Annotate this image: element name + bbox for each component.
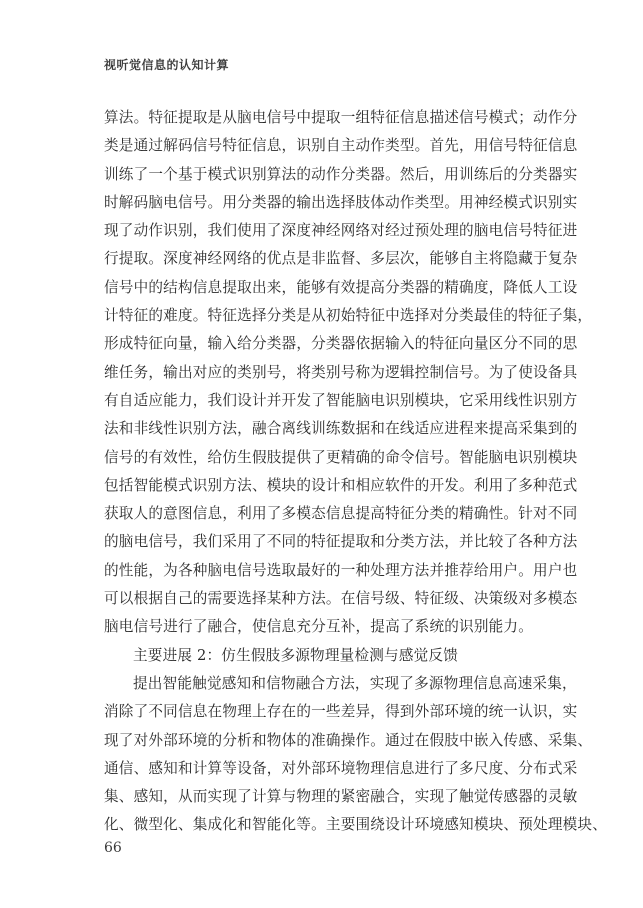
text-line: 化、微型化、集成化和智能化等。主要围绕设计环境感知模块、预处理模块、 — [104, 811, 558, 839]
text-line: 提出智能触觉感知和信物融合方法，实现了多源物理信息高速采集， — [104, 670, 558, 698]
text-line: 法和非线性识别方法，融合离线训练数据和在线适应进程来提高采集到的 — [104, 415, 558, 443]
text-line: 脑电信号进行了融合，使信息充分互补，提高了系统的识别能力。 — [104, 613, 558, 641]
text-line: 可以根据自己的需要选择某种方法。在信号级、特征级、决策级对多模态 — [104, 585, 558, 613]
text-line: 消除了不同信息在物理上存在的一些差异，得到外部环境的统一认识，实 — [104, 698, 558, 726]
page-body: 算法。特征提取是从脑电信号中提取一组特征信息描述信号模式；动作分 类是通过解码信… — [104, 104, 558, 840]
text-line: 包括智能模式识别方法、模块的设计和相应软件的开发。利用了多种范式 — [104, 472, 558, 500]
text-line: 现了动作识别，我们使用了深度神经网络对经过预处理的脑电信号特征进 — [104, 217, 558, 245]
text-line: 行提取。深度神经网络的优点是非监督、多层次，能够自主将隐藏于复杂 — [104, 245, 558, 273]
running-header: 视听觉信息的认知计算 — [104, 56, 229, 73]
text-line: 维任务，输出对应的类别号，将类别号称为逻辑控制信号。为了使设备具 — [104, 359, 558, 387]
text-line: 类是通过解码信号特征信息，识别自主动作类型。首先，用信号特征信息 — [104, 132, 558, 160]
text-line: 获取人的意图信息，利用了多模态信息提高特征分类的精确性。针对不同 — [104, 500, 558, 528]
text-line: 的脑电信号，我们采用了不同的特征提取和分类方法，并比较了各种方法 — [104, 528, 558, 556]
text-line: 算法。特征提取是从脑电信号中提取一组特征信息描述信号模式；动作分 — [104, 104, 558, 132]
text-line: 时解码脑电信号。用分类器的输出选择肢体动作类型。用神经模式识别实 — [104, 189, 558, 217]
page-number: 66 — [104, 840, 122, 856]
text-line: 的性能，为各种脑电信号选取最好的一种处理方法并推荐给用户。用户也 — [104, 557, 558, 585]
text-line: 信号中的结构信息提取出来，能够有效提高分类器的精确度，降低人工设 — [104, 274, 558, 302]
text-line: 计特征的难度。特征选择分类是从初始特征中选择对分类最佳的特征子集， — [104, 302, 558, 330]
paragraph-eeg-recognition: 算法。特征提取是从脑电信号中提取一组特征信息描述信号模式；动作分 类是通过解码信… — [104, 104, 558, 642]
text-line: 形成特征向量，输入给分类器，分类器依据输入的特征向量区分不同的思 — [104, 330, 558, 358]
text-line: 现了对外部环境的分析和物体的准确操作。通过在假肢中嵌入传感、采集、 — [104, 727, 558, 755]
text-line: 集、感知，从而实现了计算与物理的紧密融合，实现了触觉传感器的灵敏 — [104, 783, 558, 811]
paragraph-sensory-feedback: 提出智能触觉感知和信物融合方法，实现了多源物理信息高速采集， 消除了不同信息在物… — [104, 670, 558, 840]
text-line: 通信、感知和计算等设备，对外部环境物理信息进行了多尺度、分布式采 — [104, 755, 558, 783]
section-heading: 主要进展 2：仿生假肢多源物理量检测与感觉反馈 — [104, 642, 558, 670]
text-line: 有自适应能力，我们设计并开发了智能脑电识别模块，它采用线性识别方 — [104, 387, 558, 415]
text-line: 训练了一个基于模式识别算法的动作分类器。然后，用训练后的分类器实 — [104, 161, 558, 189]
text-line: 信号的有效性，给仿生假肢提供了更精确的命令信号。智能脑电识别模块 — [104, 444, 558, 472]
